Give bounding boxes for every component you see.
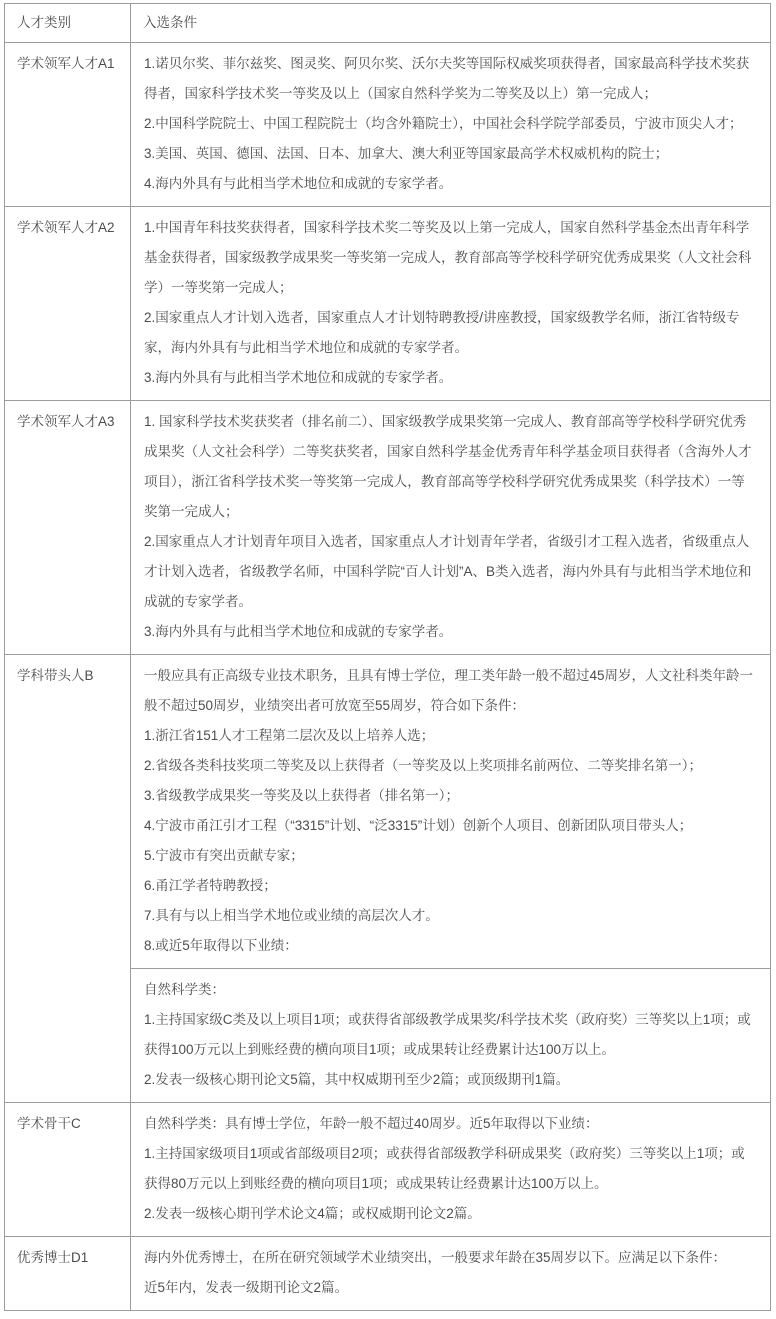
category-cell-a2: 学术领军人才A2 [5, 207, 131, 401]
criteria-paragraph: 2.省级各类科技奖项二等奖及以上获得者（一等奖及以上奖项排名前两位、二等奖排名第… [144, 751, 757, 781]
criteria-paragraph: 2.发表一级核心期刊学术论文4篇；或权威期刊论文2篇。 [144, 1199, 757, 1229]
table-row-a3: 学术领军人才A3 1. 国家科学技术奖获奖者（排名前二）、国家级教学成果奖第一完… [5, 401, 771, 655]
criteria-paragraph: 3.省级教学成果奖一等奖及以上获得者（排名第一）； [144, 781, 757, 811]
criteria-paragraph: 自然科学类： [144, 975, 757, 1005]
criteria-paragraph: 一般应具有正高级专业技术职务，且具有博士学位，理工类年龄一般不超过45周岁，人文… [144, 661, 757, 721]
criteria-cell-c: 自然科学类：具有博士学位，年龄一般不超过40周岁。近5年取得以下业绩： 1.主持… [131, 1103, 771, 1237]
criteria-paragraph: 4.宁波市甬江引才工程（“3315”计划、“泛3315”计划）创新个人项目、创新… [144, 811, 757, 841]
natural-science-subsection: 自然科学类： 1.主持国家级C类及以上项目1项；或获得省部级教学成果奖/科学技术… [131, 968, 770, 1102]
page: 人才类别 入选条件 学术领军人才A1 1.诺贝尔奖、菲尔兹奖、图灵奖、阿贝尔奖、… [0, 0, 776, 1319]
table-row-a1: 学术领军人才A1 1.诺贝尔奖、菲尔兹奖、图灵奖、阿贝尔奖、沃尔夫奖等国际权威奖… [5, 43, 771, 207]
criteria-paragraph: 1.主持国家级项目1项或省部级项目2项；或获得省部级教学科研成果奖（政府奖）三等… [144, 1139, 757, 1199]
table-row-d1: 优秀博士D1 海内外优秀博士，在所在研究领域学术业绩突出，一般要求年龄在35周岁… [5, 1237, 771, 1311]
criteria-paragraph: 6.甬江学者特聘教授； [144, 871, 757, 901]
criteria-paragraph: 3.海内外具有与此相当学术地位和成就的专家学者。 [144, 363, 757, 393]
criteria-paragraph: 海内外优秀博士，在所在研究领域学术业绩突出，一般要求年龄在35周岁以下。应满足以… [144, 1243, 757, 1273]
criteria-paragraph: 自然科学类：具有博士学位，年龄一般不超过40周岁。近5年取得以下业绩： [144, 1109, 757, 1139]
criteria-paragraph: 2.国家重点人才计划青年项目入选者，国家重点人才计划青年学者，省级引才工程入选者… [144, 527, 757, 617]
criteria-cell-a2: 1.中国青年科技奖获得者，国家科学技术奖二等奖及以上第一完成人，国家自然科学基金… [131, 207, 771, 401]
category-cell-a3: 学术领军人才A3 [5, 401, 131, 655]
criteria-paragraph: 3.海内外具有与此相当学术地位和成就的专家学者。 [144, 617, 757, 647]
criteria-paragraph: 近5年内，发表一级期刊论文2篇。 [144, 1273, 757, 1303]
talent-criteria-table: 人才类别 入选条件 学术领军人才A1 1.诺贝尔奖、菲尔兹奖、图灵奖、阿贝尔奖、… [4, 3, 771, 1311]
category-cell-c: 学术骨干C [5, 1103, 131, 1237]
criteria-paragraph: 1.中国青年科技奖获得者，国家科学技术奖二等奖及以上第一完成人，国家自然科学基金… [144, 213, 757, 303]
criteria-paragraph: 1.浙江省151人才工程第二层次及以上培养人选； [144, 721, 757, 751]
criteria-paragraph: 2.发表一级核心期刊论文5篇，其中权威期刊至少2篇；或顶级期刊1篇。 [144, 1065, 757, 1095]
criteria-paragraph: 4.海内外具有与此相当学术地位和成就的专家学者。 [144, 169, 757, 199]
criteria-main-section: 一般应具有正高级专业技术职务，且具有博士学位，理工类年龄一般不超过45周岁，人文… [131, 655, 770, 968]
table-row-c: 学术骨干C 自然科学类：具有博士学位，年龄一般不超过40周岁。近5年取得以下业绩… [5, 1103, 771, 1237]
table-row-a2: 学术领军人才A2 1.中国青年科技奖获得者，国家科学技术奖二等奖及以上第一完成人… [5, 207, 771, 401]
criteria-paragraph: 2.国家重点人才计划入选者，国家重点人才计划特聘教授/讲座教授，国家级教学名师，… [144, 303, 757, 363]
criteria-paragraph: 7.具有与以上相当学术地位或业绩的高层次人才。 [144, 901, 757, 931]
criteria-paragraph: 1.主持国家级C类及以上项目1项；或获得省部级教学成果奖/科学技术奖（政府奖）三… [144, 1005, 757, 1065]
criteria-cell-a3: 1. 国家科学技术奖获奖者（排名前二）、国家级教学成果奖第一完成人、教育部高等学… [131, 401, 771, 655]
category-cell-d1: 优秀博士D1 [5, 1237, 131, 1311]
category-cell-b: 学科带头人B [5, 655, 131, 1103]
header-cell-category: 人才类别 [5, 4, 131, 43]
criteria-cell-d1: 海内外优秀博士，在所在研究领域学术业绩突出，一般要求年龄在35周岁以下。应满足以… [131, 1237, 771, 1311]
criteria-paragraph: 5.宁波市有突出贡献专家； [144, 841, 757, 871]
criteria-paragraph: 2.中国科学院院士、中国工程院院士（均含外籍院士），中国社会科学院学部委员，宁波… [144, 109, 757, 139]
table-row-b: 学科带头人B 一般应具有正高级专业技术职务，且具有博士学位，理工类年龄一般不超过… [5, 655, 771, 1103]
criteria-cell-a1: 1.诺贝尔奖、菲尔兹奖、图灵奖、阿贝尔奖、沃尔夫奖等国际权威奖项获得者，国家最高… [131, 43, 771, 207]
category-cell-a1: 学术领军人才A1 [5, 43, 131, 207]
criteria-cell-b: 一般应具有正高级专业技术职务，且具有博士学位，理工类年龄一般不超过45周岁，人文… [131, 655, 771, 1103]
criteria-paragraph: 1. 国家科学技术奖获奖者（排名前二）、国家级教学成果奖第一完成人、教育部高等学… [144, 407, 757, 527]
criteria-paragraph: 3.美国、英国、德国、法国、日本、加拿大、澳大利亚等国家最高学术权威机构的院士； [144, 139, 757, 169]
criteria-paragraph: 8.或近5年取得以下业绩： [144, 931, 757, 961]
criteria-paragraph: 1.诺贝尔奖、菲尔兹奖、图灵奖、阿贝尔奖、沃尔夫奖等国际权威奖项获得者，国家最高… [144, 49, 757, 109]
header-cell-criteria: 入选条件 [131, 4, 771, 43]
table-header-row: 人才类别 入选条件 [5, 4, 771, 43]
